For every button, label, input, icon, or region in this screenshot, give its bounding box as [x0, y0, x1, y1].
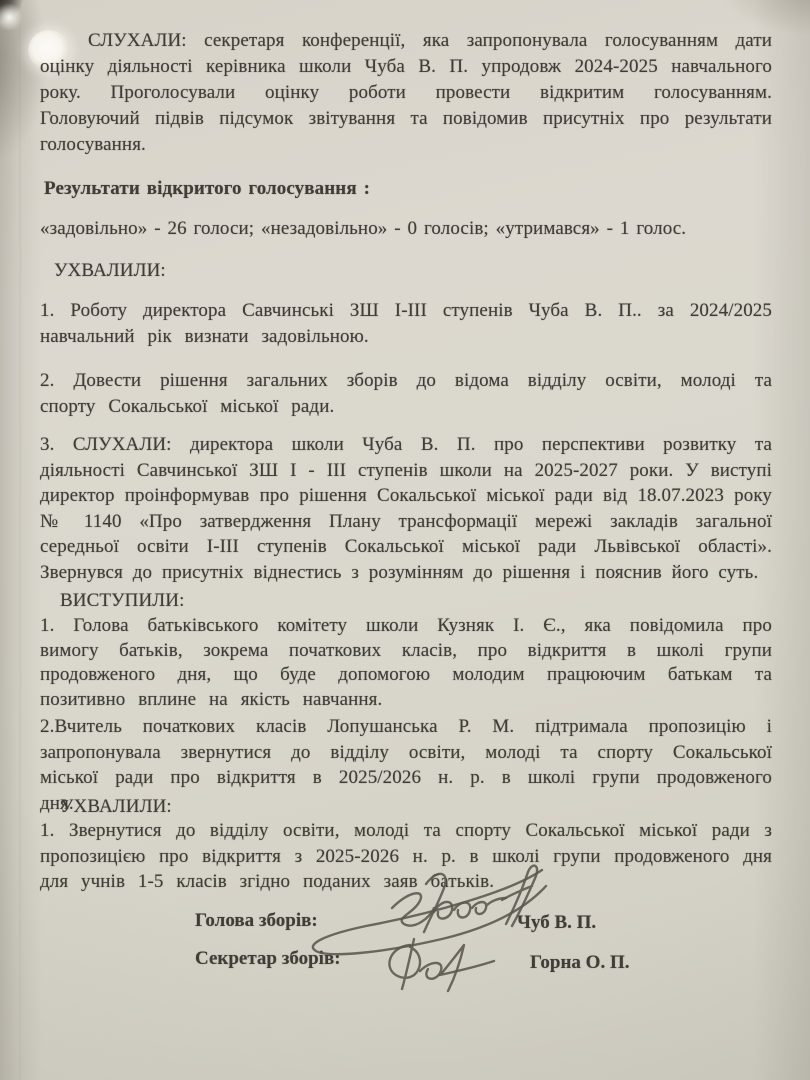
document-photo: { "page": { "paper_color": "#d9d6cc", "i… [0, 0, 810, 1080]
paper-crease [19, 0, 22, 1080]
secretary-signature [370, 933, 510, 995]
resolution-1-item-2: 2. Довести рішення загальних зборів до в… [40, 368, 772, 420]
secretary-signature-label: Секретар зборів: [195, 948, 341, 970]
speeches-heading: ВИСТУПИЛИ: [60, 588, 792, 614]
resolution-1-item-1: 1. Роботу директора Савчинські ЗШ І-ІІІ … [40, 298, 772, 350]
secretary-name: Горна О. П. [530, 952, 630, 974]
paragraph-slukhaly-3: 3. СЛУХАЛИ: директора школи Чуба В. П. п… [40, 432, 772, 585]
results-line: «задовільно» - 26 голоси; «незадовільно»… [40, 216, 800, 242]
resolution-2-heading: УХВАЛИЛИ: [60, 794, 792, 820]
paragraph-slukhaly: СЛУХАЛИ: секретаря конференції, яка запр… [40, 28, 772, 158]
results-heading: Результати відкритого голосування : [44, 176, 744, 202]
resolution-2-item-1: 1. Звернутися до відділу освіти, молоді … [40, 818, 772, 895]
resolution-1-heading: УХВАЛИЛИ: [54, 258, 786, 284]
chair-name: Чуб В. П. [517, 912, 596, 934]
chair-signature-label: Голова зборів: [195, 910, 318, 932]
speech-item-1: 1. Голова батьківського комітету школи К… [40, 614, 772, 712]
